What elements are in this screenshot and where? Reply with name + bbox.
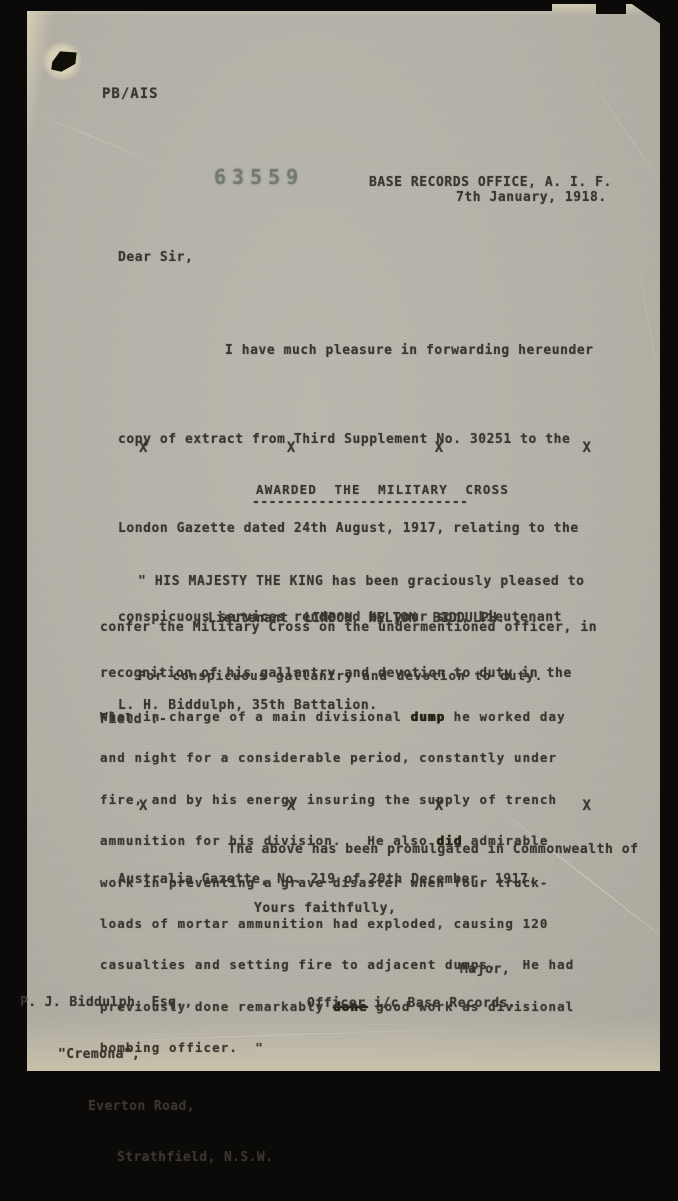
scan-border-right [660,0,678,1080]
separator-x: X [287,440,295,456]
closing-salutation: Yours faithfully, [254,901,396,916]
scan-border-left [0,0,27,1080]
officer-name-line: Lieutenant LINDON HELTON BIDDULPH. [208,611,505,626]
recipient-line: P. J. Biddulph, Esq., [20,994,273,1011]
intro-line: I have much pleasure in forwarding hereu… [225,336,594,366]
signature-title: Officer i/c Base Records. [307,996,516,1011]
citation-line: loads of mortar ammunition had exploded,… [100,917,574,931]
recipient-line: "Cremona", [58,1046,273,1063]
letterhead-date: 7th January, 1918. [456,190,607,205]
reference-code: PB/AIS [102,86,159,102]
letterhead-office: BASE RECORDS OFFICE, A. I. F. [369,175,612,190]
recipient-address: P. J. Biddulph, Esq., "Cremona", Everton… [20,960,273,1080]
separator-x: X [139,440,147,456]
promulgation-line: Australia Gazette, No. 219 of 20th Decem… [118,872,537,887]
preamble-line: " HIS MAJESTY THE KING has been gracious… [138,574,597,589]
citation-line: For conspicuous gallantry and devotion t… [138,669,574,683]
scan-clip-notch [596,0,626,14]
signature-rank: Major, [460,962,510,977]
separator-x: X [287,798,295,814]
overstruck-word: dump [411,709,446,724]
section-separator-row: X X X X [139,798,591,814]
separator-x: X [435,440,443,456]
promulgation-line: The above has been promulgated in Common… [228,842,638,857]
separator-x: X [583,440,591,456]
award-heading-underline: -------------------------- [252,495,469,510]
section-separator-row: X X X X [139,440,591,456]
salutation: Dear Sir, [118,250,193,265]
separator-x: X [435,798,443,814]
registry-stamp-number: 63559 [214,165,304,189]
scanned-letter-page: PB/AIS 63559 BASE RECORDS OFFICE, A. I. … [0,0,678,1080]
citation-line: and night for a considerable period, con… [100,751,574,765]
citation-line: When in charge of a main divisional dump… [100,710,574,724]
scan-border-top [0,0,552,11]
separator-x: X [583,798,591,814]
intro-line: London Gazette dated 24th August, 1917, … [118,514,594,544]
separator-x: X [139,798,147,814]
